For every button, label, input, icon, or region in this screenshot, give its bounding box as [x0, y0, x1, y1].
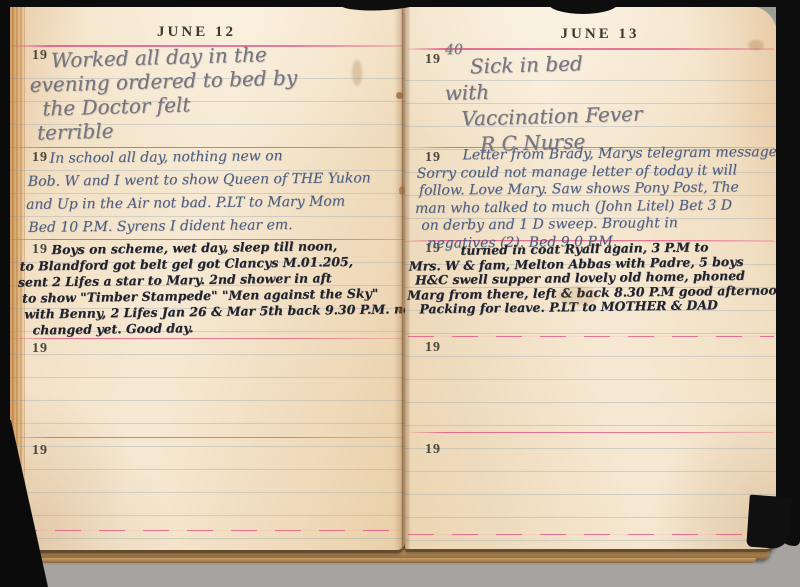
gutter-crease: [402, 4, 403, 550]
diary-entry: Worked all day in the evening ordered to…: [8, 38, 405, 145]
pink-divider: [11, 437, 402, 438]
pink-divider: [408, 534, 774, 535]
handwriting-line: Bob. W and I went to show Queen of THE Y…: [28, 167, 405, 194]
diary-entry: turned in coat Ryall again, 3 P.M to Mrs…: [405, 239, 777, 317]
cover-edge-right: [776, 0, 800, 546]
left-page: JUNE 12 19 19 19 19 19 Worked all day in…: [8, 4, 405, 550]
stain: [556, 286, 598, 306]
year-prefix: 19: [32, 341, 48, 357]
diary-entry: Letter from Brady, Marys telegram messag…: [405, 144, 777, 253]
diary-scan: JUNE 12 19 19 19 19 19 Worked all day in…: [0, 0, 800, 587]
pink-divider: [11, 530, 402, 531]
right-page: JUNE 13 19 40 19 19 19 19 Sick in bed wi…: [405, 6, 777, 549]
date-header: JUNE 12: [8, 24, 395, 41]
date-header: JUNE 13: [414, 26, 777, 43]
year-prefix: 19: [32, 443, 48, 459]
pink-divider: [408, 432, 774, 433]
stain: [399, 186, 405, 195]
year-prefix: 19: [425, 442, 441, 458]
year-prefix: 19: [425, 340, 441, 356]
diary-entry: Boys on scheme, wet day, sleep till noon…: [8, 237, 405, 339]
stain: [396, 92, 403, 99]
diary-entry: Sick in bed with Vaccination Fever R C N…: [405, 45, 777, 159]
handwriting-line: Bed 10 P.M. Syrens I dident hear em.: [28, 213, 405, 240]
stain: [352, 60, 362, 86]
stain: [748, 40, 764, 50]
stain: [398, 308, 403, 313]
pink-divider: [408, 336, 774, 337]
cover-corner: [746, 495, 792, 550]
page-stack-edge-lower: [40, 558, 756, 563]
diary-entry: In school all day, nothing new on Bob. W…: [8, 144, 405, 240]
pink-divider: [11, 338, 402, 339]
